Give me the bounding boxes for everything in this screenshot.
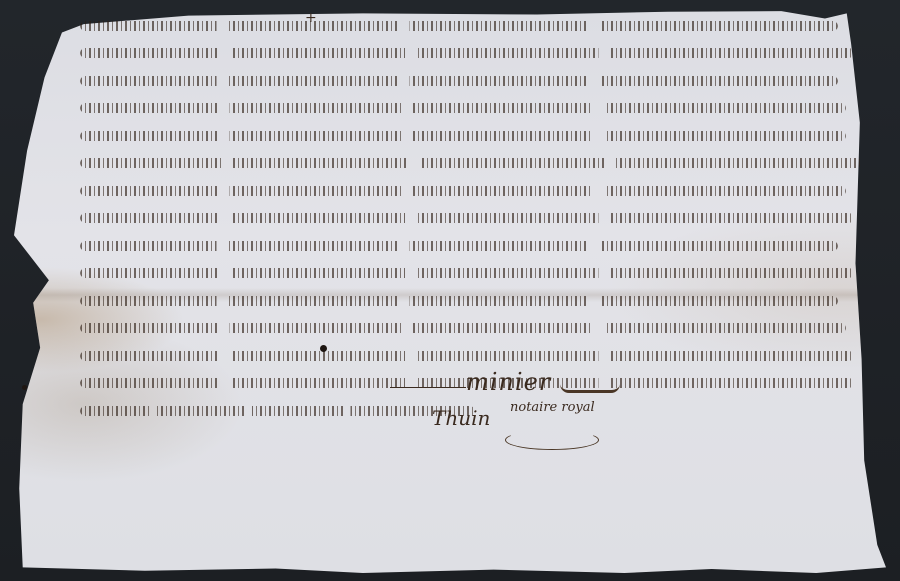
handwritten-line [80, 205, 880, 233]
script-stroke [80, 48, 854, 58]
handwritten-line [80, 342, 880, 370]
script-stroke [80, 213, 854, 223]
ink-blot [320, 345, 327, 352]
script-stroke [80, 351, 854, 361]
script-stroke [80, 21, 838, 31]
signature-notary-annotation: notaire royal [510, 400, 595, 415]
script-stroke [80, 241, 838, 251]
signature-lead-stroke [390, 387, 466, 388]
script-stroke [80, 103, 846, 113]
handwritten-line [80, 177, 880, 205]
manuscript-text-block [80, 12, 880, 425]
script-stroke [80, 296, 838, 306]
ink-blot [22, 385, 27, 390]
handwritten-line [80, 260, 880, 288]
handwritten-line [80, 95, 880, 123]
signature-flourish [560, 384, 620, 393]
script-stroke [80, 131, 846, 141]
handwritten-line [80, 122, 880, 150]
script-stroke [80, 76, 838, 86]
handwritten-line [80, 315, 880, 343]
handwritten-line [80, 12, 880, 40]
handwritten-line [80, 40, 880, 68]
handwritten-line [80, 287, 880, 315]
signature-paraph-loop [505, 430, 599, 450]
script-stroke [80, 323, 846, 333]
handwritten-line [80, 150, 880, 178]
script-stroke [80, 186, 846, 196]
script-stroke [80, 406, 475, 416]
handwritten-line [80, 67, 880, 95]
handwritten-line [80, 232, 880, 260]
signature-notary: Thuin [432, 406, 490, 430]
signature-minier: minier [466, 368, 551, 396]
script-stroke [80, 158, 862, 168]
script-stroke [80, 268, 854, 278]
